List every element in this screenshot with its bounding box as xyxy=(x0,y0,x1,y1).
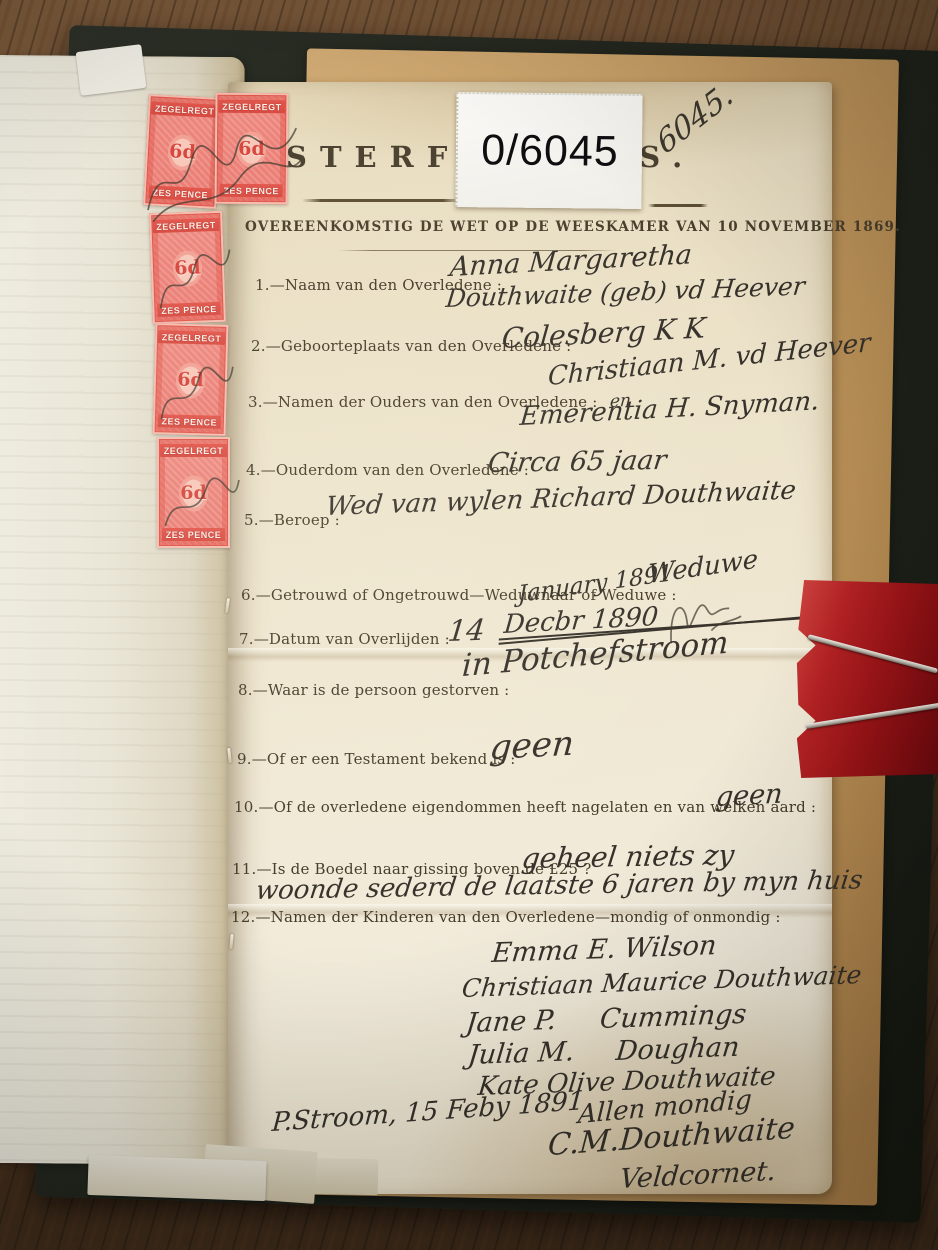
page-edge-sliver xyxy=(76,44,147,96)
field-label-8: 8.—Waar is de persoon gestorven : xyxy=(238,681,509,699)
answer-estate-1: geheel niets zy xyxy=(520,838,736,875)
answer-occupation: Wed van wylen Richard Douthwaite xyxy=(324,476,797,523)
stamp-value: 6d xyxy=(238,137,265,159)
binder-clip xyxy=(794,580,938,778)
answer-parents-en: en xyxy=(609,390,631,412)
answer-marital-status: Weduwe xyxy=(648,544,758,590)
answer-name-2: Douthwaite (geb) vd Heever xyxy=(444,271,806,313)
revenue-stamp: ZEGELREGT 6d ZES PENCE xyxy=(157,437,230,548)
death-notice-page xyxy=(228,82,832,1194)
answer-death-place: in Potchefstroom xyxy=(461,625,729,685)
title-rule xyxy=(648,204,708,207)
fold-crease xyxy=(228,648,832,662)
correction-initials-squiggle xyxy=(652,571,755,658)
stamp-bottom-label: ZES PENCE xyxy=(157,302,221,317)
stamp-top-label: ZEGELREGT xyxy=(152,218,220,233)
child-name: Christiaan Maurice Douthwaite xyxy=(460,960,863,1003)
page-edge-strip xyxy=(202,1144,317,1204)
answer-death-month-inserted: January 1891 xyxy=(518,560,673,608)
answer-parents-1: Christiaan M. vd Heever xyxy=(547,328,870,392)
revenue-stamp: ZEGELREGT 6d ZES PENCE xyxy=(149,211,226,324)
field-label-11: 11.—Is de Boedel naar gissing boven de £… xyxy=(232,860,591,878)
page-edge-strip xyxy=(246,1157,379,1195)
answer-death-day: 14 xyxy=(446,613,486,648)
binding-stitch xyxy=(227,748,232,763)
field-label-4: 4.—Ouderdom van den Overledene : xyxy=(246,461,529,479)
field-label-12: 12.—Namen der Kinderen van den Overleden… xyxy=(231,908,781,926)
child-surname: Cummings xyxy=(598,999,748,1035)
stamp-value: 6d xyxy=(180,482,207,504)
place-and-date: P.Stroom, 15 Feby 1891 xyxy=(271,1086,585,1138)
field-label-10: 10.—Of de overledene eigendommen heeft n… xyxy=(234,798,816,816)
answer-age: Circa 65 jaar xyxy=(486,445,668,479)
page-edge-strip xyxy=(87,1155,266,1201)
child-name: Julia M. xyxy=(466,1036,576,1071)
stamp-value: 6d xyxy=(174,256,201,279)
field-label-2: 2.—Geboorteplaats van den Overledene : xyxy=(251,337,571,355)
binding-stitch xyxy=(229,934,233,949)
stamp-bottom-label: ZES PENCE xyxy=(162,528,226,541)
child-name: Jane P. xyxy=(464,1005,557,1039)
subtitle-rule xyxy=(338,250,616,251)
title-rule xyxy=(302,199,462,202)
stamp-value: 6d xyxy=(177,368,204,391)
stamp-top-label: ZEGELREGT xyxy=(160,444,228,457)
stamp-value: 6d xyxy=(169,140,197,163)
answer-property: geen xyxy=(715,778,784,813)
revenue-stamp: ZEGELREGT 6d ZES PENCE xyxy=(153,323,229,436)
archive-label-number: 0/6045 xyxy=(481,126,619,176)
form-subtitle: OVEREENKOMSTIG DE WET OP DE WEESKAMER VA… xyxy=(245,219,901,235)
answer-parents-2: Emerentia H. Snyman. xyxy=(519,386,821,432)
field-label-7: 7.—Datum van Overlijden : xyxy=(239,630,450,648)
child-name: Kate Olive Douthwaite xyxy=(476,1062,777,1103)
field-label-9: 9.—Of er een Testament bekend is : xyxy=(237,750,515,768)
field-label-5: 5.—Beroep : xyxy=(244,511,340,529)
answer-birthplace: Colesberg K K xyxy=(501,311,707,355)
child-name: Emma E. Wilson xyxy=(490,930,718,969)
revenue-stamp: ZEGELREGT 6d ZES PENCE xyxy=(215,93,289,205)
signature: C.M.Douthwaite xyxy=(547,1111,796,1164)
majority-note: Allen mondig xyxy=(577,1085,752,1130)
field-label-1: 1.—Naam van den Overledene : xyxy=(255,276,502,294)
signer-title: Veldcornet. xyxy=(619,1156,778,1195)
stamp-top-label: ZEGELREGT xyxy=(218,100,286,114)
stamp-bottom-label: ZES PENCE xyxy=(219,184,283,198)
stamp-top-label: ZEGELREGT xyxy=(151,101,219,118)
stamp-bottom-label: ZES PENCE xyxy=(157,414,221,429)
answer-name-1: Anna Margaretha xyxy=(449,239,694,283)
stamp-top-label: ZEGELREGT xyxy=(158,330,226,345)
child-surname: Doughan xyxy=(614,1032,741,1067)
answer-testament: geen xyxy=(488,723,575,768)
answer-estate-2: woonde sederd de laatste 6 jaren by myn … xyxy=(254,865,864,906)
binding-stitch xyxy=(225,598,230,613)
handwritten-ref-number: 6045. xyxy=(651,75,738,162)
field-label-6: 6.—Getrouwd of Ongetrouwd—Weduwnaar of W… xyxy=(241,586,677,604)
archive-label: 0/6045 xyxy=(455,92,642,209)
field-label-3: 3.—Namen der Ouders van den Overledene : xyxy=(248,393,597,411)
photo-scene: ZEGELREGT 6d ZES PENCE ZEGELREGT 6d ZES … xyxy=(0,0,938,1250)
fold-crease xyxy=(228,904,832,918)
revenue-stamp: ZEGELREGT 6d ZES PENCE xyxy=(143,94,222,209)
stamp-bottom-label: ZES PENCE xyxy=(148,185,212,201)
